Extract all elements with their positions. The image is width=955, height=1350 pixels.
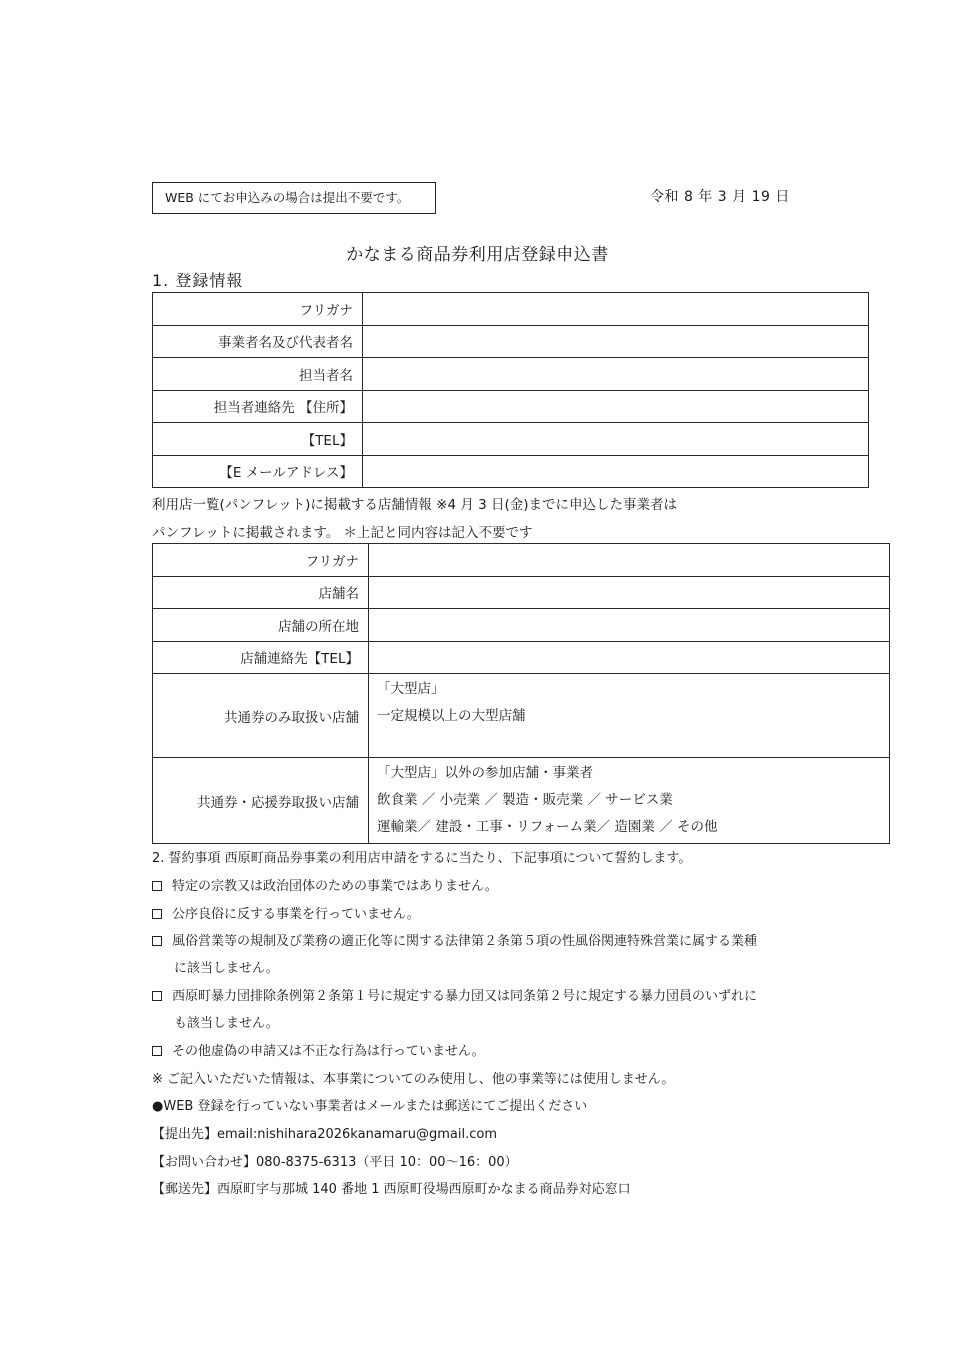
field-label-address: 担当者連絡先 【住所】 [153,390,363,423]
table-row: 店舗の所在地 [153,609,890,642]
checkbox-icon[interactable] [152,909,162,919]
store-name-field[interactable] [369,576,890,609]
business-name-field[interactable] [363,325,869,358]
web-notice-text: WEB にてお申込みの場合は提出不要です。 [165,190,409,205]
store-location-field[interactable] [369,609,890,642]
pledge-item[interactable]: 風俗営業等の規制及び業務の適正化等に関する法律第２条第５項の性風俗関連特殊営業に… [152,930,757,949]
privacy-note: ※ ご記入いただいた情報は、本事業についてのみ使用し、他の事業等には使用しません… [152,1068,675,1087]
section1-heading: 1. 登録情報 [152,268,243,291]
checkbox-icon[interactable] [152,1046,162,1056]
category-line: 「大型店」 [377,678,889,705]
field-label-tel: 【TEL】 [153,423,363,456]
category-line: 「大型店」以外の参加店舗・事業者 [377,762,889,789]
category-row-large-store[interactable]: 共通券のみ取扱い店舗 「大型店」 一定規模以上の大型店舗 [153,674,890,758]
table-row: 【E メールアドレス】 [153,455,869,488]
section2-heading: 2. 誓約事項 西原町商品券事業の利用店申請をするに当たり、下記事項について誓約… [152,847,691,866]
store-tel-field[interactable] [369,641,890,674]
submission-email: 【提出先】email:nishihara2026kanamaru@gmail.c… [152,1123,497,1142]
registration-info-table: フリガナ 事業者名及び代表者名 担当者名 担当者連絡先 【住所】 【TEL】 【… [152,292,869,488]
pledge-text: 風俗営業等の規制及び業務の適正化等に関する法律第２条第５項の性風俗関連特殊営業に… [172,934,757,949]
pledge-item[interactable]: その他虚偽の申請又は不正な行為は行っていません。 [152,1040,485,1059]
category-option-large-store[interactable]: 「大型店」 一定規模以上の大型店舗 [369,674,890,758]
field-label-furigana: フリガナ [153,293,363,326]
tel-field[interactable] [363,423,869,456]
web-notice-box: WEB にてお申込みの場合は提出不要です。 [152,182,436,214]
pledge-item[interactable]: 特定の宗教又は政治団体のための事業ではありません。 [152,875,498,894]
store-info-note-line2: パンフレットに掲載されます。 ＊上記と同内容は記入不要です [152,521,533,541]
category-label-common-and-support: 共通券・応援券取扱い店舗 [153,758,369,844]
pledge-text: 公序良俗に反する事業を行っていません。 [172,907,420,922]
store-info-table: フリガナ 店舗名 店舗の所在地 店舗連絡先【TEL】 共通券のみ取扱い店舗 「大… [152,543,890,844]
category-label-common-only: 共通券のみ取扱い店舗 [153,674,369,758]
email-field[interactable] [363,455,869,488]
store-furigana-field[interactable] [369,544,890,577]
web-registration-note: ●WEB 登録を行っていない事業者はメールまたは郵送にてご提出ください [152,1095,587,1114]
table-row: 【TEL】 [153,423,869,456]
category-option-other-store[interactable]: 「大型店」以外の参加店舗・事業者 飲食業 ／ 小売業 ／ 製造・販売業 ／ サー… [369,758,890,844]
category-line: 運輸業／ 建設・工事・リフォーム業／ 造園業 ／ その他 [377,816,889,843]
table-row: 事業者名及び代表者名 [153,325,869,358]
field-label-business-name: 事業者名及び代表者名 [153,325,363,358]
table-row: フリガナ [153,293,869,326]
field-label-email: 【E メールアドレス】 [153,455,363,488]
address-field[interactable] [363,390,869,423]
checkbox-icon[interactable] [152,881,162,891]
furigana-field[interactable] [363,293,869,326]
store-info-note-line1: 利用店一覧(パンフレット)に掲載する店舗情報 ※4 月 3 日(金)までに申込し… [152,493,677,513]
category-row-other-store[interactable]: 共通券・応援券取扱い店舗 「大型店」以外の参加店舗・事業者 飲食業 ／ 小売業 … [153,758,890,844]
table-row: 担当者連絡先 【住所】 [153,390,869,423]
field-label-store-name: 店舗名 [153,576,369,609]
mailing-address: 【郵送先】西原町字与那城 140 番地 1 西原町役場西原町かなまる商品券対応窓… [152,1178,631,1197]
document-title: かなまる商品券利用店登録申込書 [0,240,955,265]
pledge-text-continued: に該当しません。 [152,957,279,976]
pledge-text-continued: も該当しません。 [152,1012,279,1031]
pledge-item[interactable]: 公序良俗に反する事業を行っていません。 [152,903,420,922]
category-line: 一定規模以上の大型店舗 [377,705,889,732]
category-line: 飲食業 ／ 小売業 ／ 製造・販売業 ／ サービス業 [377,789,889,816]
field-label-store-location: 店舗の所在地 [153,609,369,642]
contact-person-field[interactable] [363,358,869,391]
field-label-store-furigana: フリガナ [153,544,369,577]
table-row: 店舗連絡先【TEL】 [153,641,890,674]
checkbox-icon[interactable] [152,991,162,1001]
pledge-text: その他虚偽の申請又は不正な行為は行っていません。 [172,1044,485,1059]
pledge-text: 西原町暴力団排除条例第２条第１号に規定する暴力団又は同条第２号に規定する暴力団員… [172,989,757,1004]
table-row: 店舗名 [153,576,890,609]
pledge-item[interactable]: 西原町暴力団排除条例第２条第１号に規定する暴力団又は同条第２号に規定する暴力団員… [152,985,757,1004]
inquiry-contact: 【お問い合わせ】080-8375-6313（平日 10：00～16：00） [152,1151,518,1170]
table-row: 担当者名 [153,358,869,391]
field-label-contact-person: 担当者名 [153,358,363,391]
field-label-store-tel: 店舗連絡先【TEL】 [153,641,369,674]
table-row: フリガナ [153,544,890,577]
checkbox-icon[interactable] [152,936,162,946]
pledge-text: 特定の宗教又は政治団体のための事業ではありません。 [172,879,498,894]
application-date: 令和 8 年 3 月 19 日 [650,186,790,206]
